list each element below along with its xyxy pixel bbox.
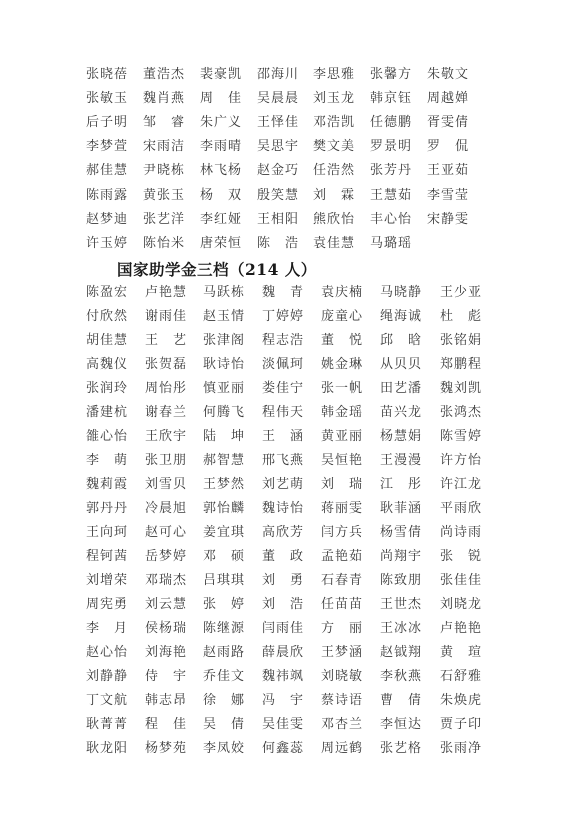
name-row: 张润玲周怡彤慎亚丽娄佳宁张一帆田艺潘魏刘凯 [0,380,584,404]
student-name: 刘云慧 [145,596,187,614]
name-row: 潘建杭谢春兰何腾飞程伟天韩金瑶苗兴龙张鸿杰 [0,404,584,428]
name-row: 王向珂赵可心姜宜琪高欣芳闫方兵杨雪倩尚诗雨 [0,524,584,548]
student-name: 高魏仪 [86,356,128,374]
student-name: 马晓静 [380,284,422,302]
student-name: 郝智慧 [203,452,245,470]
student-name: 邓杏兰 [321,716,363,734]
student-name: 程伟天 [262,404,304,422]
student-name: 许方怡 [440,452,482,470]
student-name: 侍 宇 [145,668,187,686]
student-name: 马跃栋 [203,284,245,302]
student-name: 董浩杰 [143,66,185,84]
name-row: 程钶茜岳梦婷邓 硕董 政孟艳茹尚翔宇张 锐 [0,548,584,572]
student-name: 王亚茹 [427,162,469,180]
student-name: 张津阁 [203,332,245,350]
student-name: 韩志昂 [145,692,187,710]
student-name: 王欣宇 [145,428,187,446]
student-name: 邢飞燕 [262,452,304,470]
student-name: 吕琪琪 [203,572,245,590]
student-name: 从贝贝 [380,356,422,374]
student-name: 刘艺萌 [262,476,304,494]
name-row: 胡佳慧王 艺张津阁程志浩董 悦邱 晗张铭娟 [0,332,584,356]
student-name: 魏诗怡 [262,500,304,518]
name-row: 赵心怡刘海艳赵雨路薛晨欣王梦涵赵钺翔黄 瑄 [0,644,584,668]
student-name: 罗景明 [370,138,412,156]
name-row: 郭丹丹冷晨旭郭怡麟魏诗怡蒋丽雯耿菲涵平雨欣 [0,500,584,524]
student-name: 冷晨旭 [145,500,187,518]
student-name: 王梦涵 [321,644,363,662]
student-name: 丁婷婷 [262,308,304,326]
student-name: 魏 青 [262,284,304,302]
student-name: 赵梦迪 [86,211,128,229]
student-name: 樊文美 [313,138,355,156]
student-name: 朱焕虎 [440,692,482,710]
student-name: 陈盈宏 [86,284,128,302]
student-name: 魏肖燕 [143,90,185,108]
student-name: 闫方兵 [321,524,363,542]
student-name: 薛晨欣 [262,644,304,662]
student-name: 刘 瑞 [321,476,363,494]
name-row: 李梦萱宋雨洁李雨晴吴思宇樊文美罗景明罗 侃 [0,138,584,162]
student-name: 赵钺翔 [380,644,422,662]
student-name: 李梦萱 [86,138,128,156]
student-name: 赵可心 [145,524,187,542]
student-name: 卢艳慧 [145,284,187,302]
student-name: 绳海诚 [380,308,422,326]
student-name: 耿菁菁 [86,716,128,734]
student-name: 谢雨佳 [145,308,187,326]
student-name: 李红娅 [200,211,242,229]
student-name: 姜宜琪 [203,524,245,542]
student-name: 张润玲 [86,380,128,398]
student-name: 张鸿杰 [440,404,482,422]
name-row: 陈雨露黄张玉杨 双殷笑慧刘 霖王慧茹李雪莹 [0,187,584,211]
student-name: 丁文航 [86,692,128,710]
student-name: 朱敬文 [427,66,469,84]
student-name: 张卫朋 [145,452,187,470]
student-name: 张艺格 [380,740,422,758]
student-name: 韩京钰 [370,90,412,108]
student-name: 刘海艳 [145,644,187,662]
name-row: 刘静静侍 宇乔佳文魏祎飒刘晓敏李秋燕石舒雅 [0,668,584,692]
student-name: 陈雪婷 [440,428,482,446]
student-name: 尚诗雨 [440,524,482,542]
student-name: 程志浩 [262,332,304,350]
student-name: 赵玉情 [203,308,245,326]
student-name: 吴思宇 [257,138,299,156]
student-name: 曹 倩 [380,692,422,710]
name-row: 刘增荣邓瑞杰吕琪琪刘 勇石春青陈致朋张佳佳 [0,572,584,596]
student-name: 邓瑞杰 [145,572,187,590]
student-name: 刘 霖 [313,187,355,205]
student-name: 杨雪倩 [380,524,422,542]
student-name: 杨慧娟 [380,428,422,446]
student-name: 庞童心 [321,308,363,326]
student-name: 任浩然 [313,162,355,180]
student-name: 李思雅 [313,66,355,84]
name-row: 郝佳慧尹晓栋林飞杨赵金巧任浩然张芳丹王亚茹 [0,162,584,186]
name-row: 许玉婷陈怡米唐荣恒陈 浩袁佳慧马璐瑶 [0,235,584,259]
student-name: 胡佳慧 [86,332,128,350]
student-name: 王少亚 [440,284,482,302]
student-name: 黄 瑄 [440,644,482,662]
student-name: 唐荣恒 [200,235,242,253]
student-name: 雒心怡 [86,428,128,446]
student-name: 蔡诗语 [321,692,363,710]
student-name: 刘雪贝 [145,476,187,494]
student-name: 耿诗怡 [203,356,245,374]
student-name: 方 丽 [321,620,363,638]
student-name: 王世杰 [380,596,422,614]
student-name: 刘晓龙 [440,596,482,614]
name-row: 高魏仪张贺磊耿诗怡淡佩珂姚金琳从贝贝郑鹏程 [0,356,584,380]
student-name: 邹 睿 [143,114,185,132]
student-name: 侯杨瑞 [145,620,187,638]
student-name: 平雨欣 [440,500,482,518]
student-name: 魏刘凯 [440,380,482,398]
student-name: 邵海川 [257,66,299,84]
student-name: 刘 勇 [262,572,304,590]
student-name: 王怿佳 [257,114,299,132]
student-name: 任德鹏 [370,114,412,132]
student-name: 张佳佳 [440,572,482,590]
student-name: 程钶茜 [86,548,128,566]
student-name: 袁庆楠 [321,284,363,302]
student-name: 乔佳文 [203,668,245,686]
student-name: 马璐瑶 [370,235,412,253]
name-row: 付欣然谢雨佳赵玉情丁婷婷庞童心绳海诚杜 彪 [0,308,584,332]
student-name: 刘静静 [86,668,128,686]
student-name: 张雨净 [440,740,482,758]
student-name: 后子明 [86,114,128,132]
student-name: 吴恒艳 [321,452,363,470]
student-name: 刘 浩 [262,596,304,614]
student-name: 王向珂 [86,524,128,542]
student-name: 王漫漫 [380,452,422,470]
student-name: 潘建杭 [86,404,128,422]
student-name: 尹晓栋 [143,162,185,180]
student-name: 苗兴龙 [380,404,422,422]
name-row: 张敏玉魏肖燕周 佳吴晨晨刘玉龙韩京钰周越婵 [0,90,584,114]
student-name: 王 涵 [262,428,304,446]
student-name: 张晓蓓 [86,66,128,84]
student-name: 黄亚丽 [321,428,363,446]
name-row: 陈盈宏卢艳慧马跃栋魏 青袁庆楠马晓静王少亚 [0,284,584,308]
student-name: 邓浩凯 [313,114,355,132]
student-name: 张馨方 [370,66,412,84]
name-row: 后子明邹 睿朱广义王怿佳邓浩凯任德鹏胥雯倩 [0,114,584,138]
student-name: 宋静雯 [427,211,469,229]
student-name: 殷笑慧 [257,187,299,205]
student-name: 慎亚丽 [203,380,245,398]
student-name: 王梦然 [203,476,245,494]
name-row: 赵梦迪张艺洋李红娅王相阳熊欣怡丰心怡宋静雯 [0,211,584,235]
student-name: 裴豪凯 [200,66,242,84]
student-name: 高欣芳 [262,524,304,542]
student-name: 田艺潘 [380,380,422,398]
student-name: 魏祎飒 [262,668,304,686]
student-name: 郭怡麟 [203,500,245,518]
student-name: 姚金琳 [321,356,363,374]
student-name: 许玉婷 [86,235,128,253]
student-name: 张敏玉 [86,90,128,108]
student-name: 吴晨晨 [257,90,299,108]
student-name: 何腾飞 [203,404,245,422]
student-name: 吴佳雯 [262,716,304,734]
student-name: 陈怡米 [143,235,185,253]
name-row: 周宪勇刘云慧张 婷刘 浩任苗苗王世杰刘晓龙 [0,596,584,620]
student-name: 陆 坤 [203,428,245,446]
student-name: 董 政 [262,548,304,566]
student-name: 冯 宇 [262,692,304,710]
student-name: 吴 倩 [203,716,245,734]
student-name: 张贺磊 [145,356,187,374]
student-name: 王慧茹 [370,187,412,205]
name-row: 魏莉霞刘雪贝王梦然刘艺萌刘 瑞江 彤许江龙 [0,476,584,500]
student-name: 蒋丽雯 [321,500,363,518]
student-name: 周远鹤 [321,740,363,758]
student-name: 程 佳 [145,716,187,734]
student-name: 李 月 [86,620,128,638]
student-name: 王相阳 [257,211,299,229]
name-row: 耿龙阳杨梦苑李凤姣何鑫蕊周远鹤张艺格张雨净 [0,740,584,764]
student-name: 何鑫蕊 [262,740,304,758]
student-name: 王 艺 [145,332,187,350]
student-name: 淡佩珂 [262,356,304,374]
student-name: 陈致朋 [380,572,422,590]
name-row: 张晓蓓董浩杰裴豪凯邵海川李思雅张馨方朱敬文 [0,66,584,90]
student-name: 付欣然 [86,308,128,326]
student-name: 赵雨路 [203,644,245,662]
student-name: 卢艳艳 [440,620,482,638]
student-name: 江 彤 [380,476,422,494]
student-name: 黄张玉 [143,187,185,205]
student-name: 周 佳 [200,90,242,108]
name-row: 李 萌张卫朋郝智慧邢飞燕吴恒艳王漫漫许方怡 [0,452,584,476]
student-name: 杨 双 [200,187,242,205]
student-name: 韩金瑶 [321,404,363,422]
student-name: 邱 晗 [380,332,422,350]
student-name: 杨梦苑 [145,740,187,758]
student-name: 任苗苗 [321,596,363,614]
student-name: 李 萌 [86,452,128,470]
student-name: 李凤姣 [203,740,245,758]
student-name: 石舒雅 [440,668,482,686]
student-name: 张一帆 [321,380,363,398]
student-name: 李雪莹 [427,187,469,205]
student-name: 尚翔宇 [380,548,422,566]
student-name: 张铭娟 [440,332,482,350]
student-name: 袁佳慧 [313,235,355,253]
student-name: 周怡彤 [145,380,187,398]
student-name: 周宪勇 [86,596,128,614]
student-name: 闫雨佳 [262,620,304,638]
student-name: 岳梦婷 [145,548,187,566]
student-name: 刘增荣 [86,572,128,590]
student-name: 娄佳宁 [262,380,304,398]
student-name: 陈雨露 [86,187,128,205]
student-name: 宋雨洁 [143,138,185,156]
student-name: 张 婷 [203,596,245,614]
student-name: 张艺洋 [143,211,185,229]
student-name: 赵心怡 [86,644,128,662]
student-name: 邓 硕 [203,548,245,566]
student-name: 刘晓敏 [321,668,363,686]
student-name: 徐 娜 [203,692,245,710]
student-name: 胥雯倩 [427,114,469,132]
student-name: 耿龙阳 [86,740,128,758]
student-name: 郝佳慧 [86,162,128,180]
student-name: 谢春兰 [145,404,187,422]
student-name: 李恒达 [380,716,422,734]
student-name: 周越婵 [427,90,469,108]
student-name: 董 悦 [321,332,363,350]
section-heading-grant-tier-3: 国家助学金三档（214 人） [117,260,317,280]
name-row: 耿菁菁程 佳吴 倩吴佳雯邓杏兰李恒达贾子印 [0,716,584,740]
student-name: 刘玉龙 [313,90,355,108]
student-name: 张芳丹 [370,162,412,180]
student-name: 赵金巧 [257,162,299,180]
student-name: 郭丹丹 [86,500,128,518]
student-name: 孟艳茹 [321,548,363,566]
student-name: 耿菲涵 [380,500,422,518]
student-name: 许江龙 [440,476,482,494]
student-name: 贾子印 [440,716,482,734]
student-name: 朱广义 [200,114,242,132]
student-name: 石春青 [321,572,363,590]
name-row: 雒心怡王欣宇陆 坤王 涵黄亚丽杨慧娟陈雪婷 [0,428,584,452]
name-row: 丁文航韩志昂徐 娜冯 宇蔡诗语曹 倩朱焕虎 [0,692,584,716]
student-name: 陈 浩 [257,235,299,253]
student-name: 陈继源 [203,620,245,638]
student-name: 罗 侃 [427,138,469,156]
student-name: 王冰冰 [380,620,422,638]
student-name: 杜 彪 [440,308,482,326]
student-name: 李秋燕 [380,668,422,686]
student-name: 魏莉霞 [86,476,128,494]
student-name: 李雨晴 [200,138,242,156]
student-name: 郑鹏程 [440,356,482,374]
student-name: 张 锐 [440,548,482,566]
student-name: 熊欣怡 [313,211,355,229]
student-name: 林飞杨 [200,162,242,180]
name-row: 李 月侯杨瑞陈继源闫雨佳方 丽王冰冰卢艳艳 [0,620,584,644]
student-name: 丰心怡 [370,211,412,229]
